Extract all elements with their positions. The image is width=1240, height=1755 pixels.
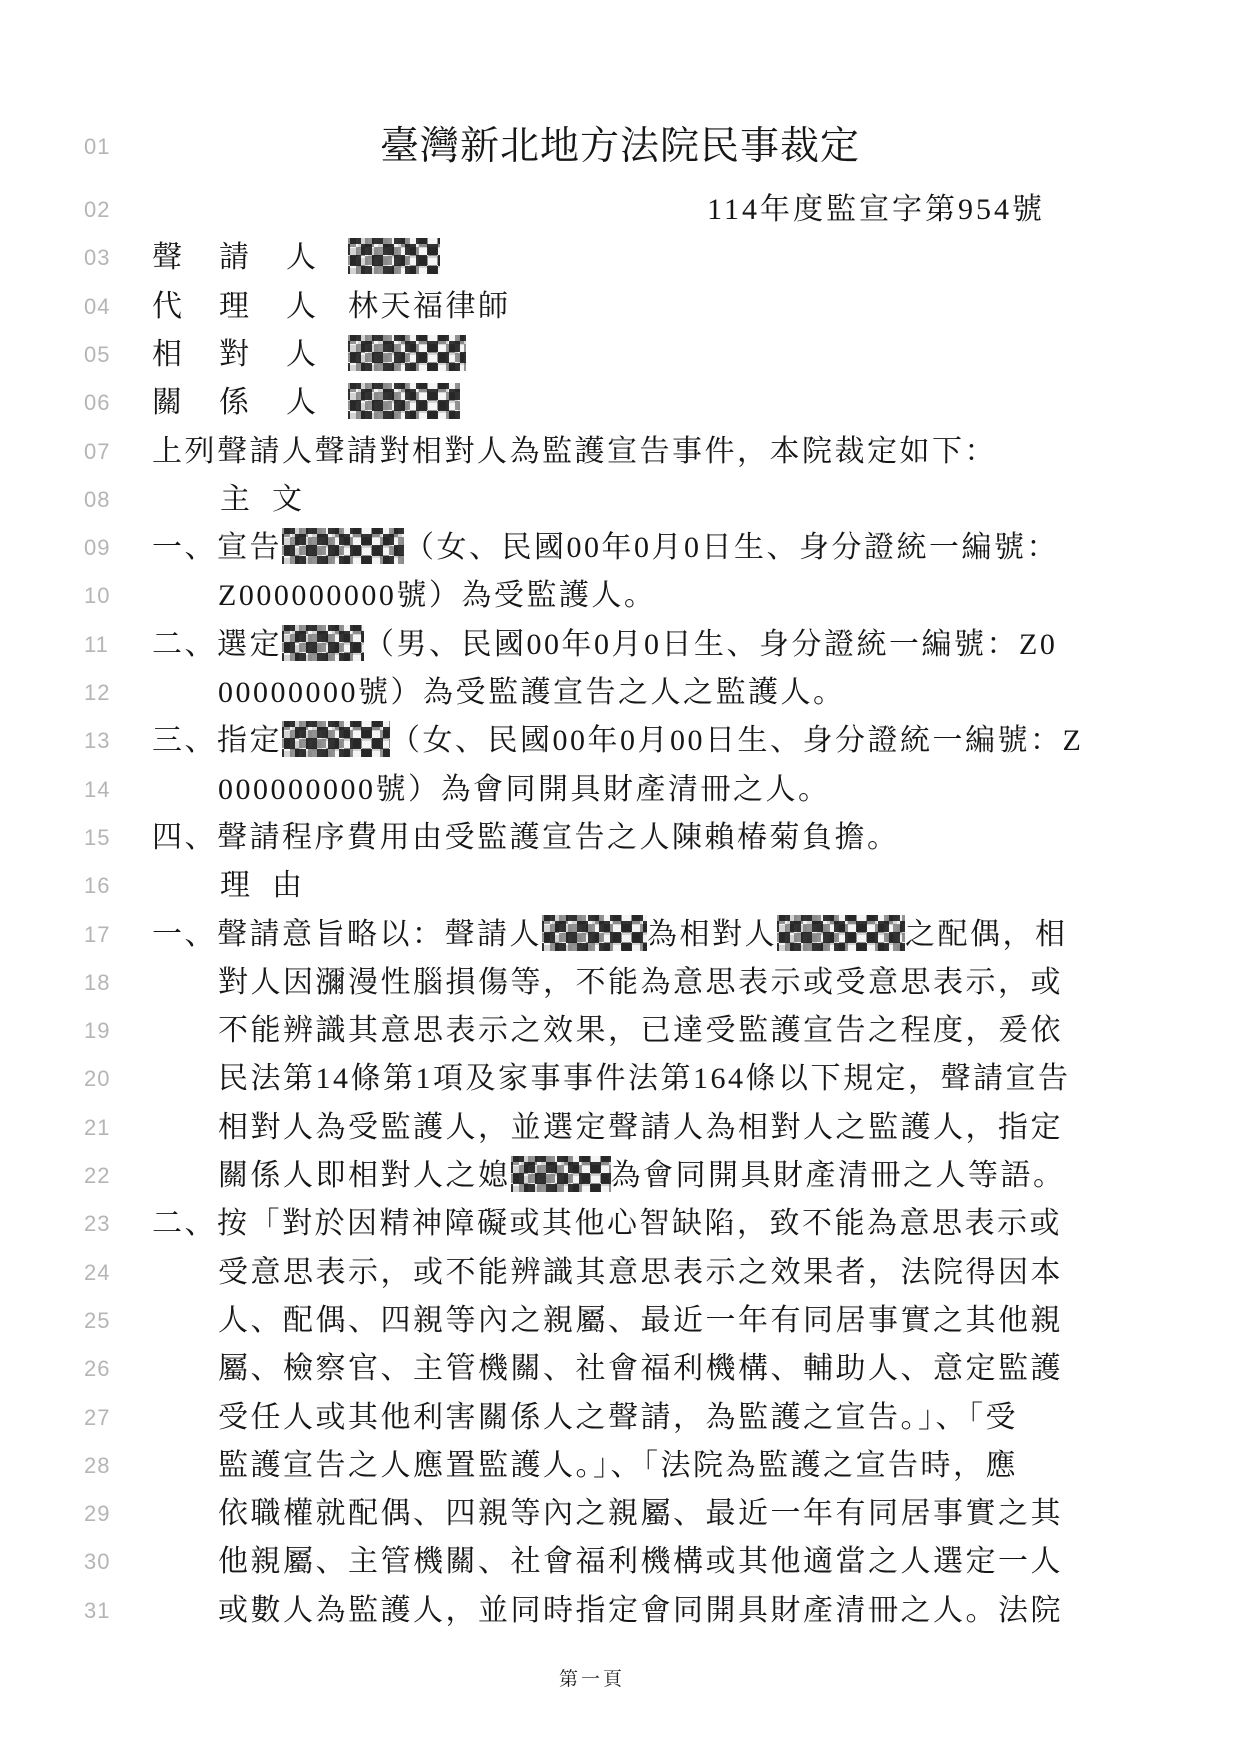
text-segment: 受任人或其他利害關係人之聲請，為監護之宣告。」、「受 xyxy=(218,1401,1018,1434)
document-title: 臺灣新北地方法院民事裁定 xyxy=(0,123,1240,171)
document-line: 17一、聲請意旨略以：聲請人為相對人之配偶，相 xyxy=(0,911,1240,959)
document-line: 1200000000號）為受監護宣告之人之監護人。 xyxy=(0,669,1240,717)
text-segment: 一、聲請意旨略以：聲請人 xyxy=(152,918,542,951)
line-number: 14 xyxy=(84,766,110,814)
document-line: 18對人因瀰漫性腦損傷等，不能為意思表示或受意思表示，或 xyxy=(0,959,1240,1007)
line-text: 二、按「對於因精神障礙或其他心智缺陷，致不能為意思表示或 xyxy=(152,1200,1062,1248)
redacted-name-block xyxy=(348,335,466,371)
text-segment: 為相對人 xyxy=(647,918,777,951)
document-line: 22關係人即相對人之媳為會同開具財產清冊之人等語。 xyxy=(0,1152,1240,1200)
redacted-name-block xyxy=(282,528,404,564)
line-text: 屬、檢察官、主管機關、社會福利機構、輔助人、意定監護 xyxy=(152,1345,1063,1393)
line-number: 17 xyxy=(84,911,110,959)
line-number: 02 xyxy=(84,186,110,234)
document-line: 06關係人 xyxy=(0,379,1240,427)
line-number: 09 xyxy=(84,524,110,572)
line-number: 31 xyxy=(84,1587,110,1635)
line-text: 受任人或其他利害關係人之聲請，為監護之宣告。」、「受 xyxy=(152,1394,1018,1442)
text-segment: 之配偶，相 xyxy=(905,918,1068,951)
document-line: 20民法第14條第1項及家事事件法第164條以下規定，聲請宣告 xyxy=(0,1055,1240,1103)
document-line: 25人、配偶、四親等內之親屬、最近一年有同居事實之其他親 xyxy=(0,1297,1240,1345)
line-number: 25 xyxy=(84,1297,110,1345)
text-segment: 一、宣告 xyxy=(152,531,282,564)
text-segment: 114年度監宣字第954號 xyxy=(707,193,1045,226)
document-line: 14000000000號）為會同開具財產清冊之人。 xyxy=(0,766,1240,814)
party-label: 相對人 xyxy=(152,331,348,379)
text-segment: 民法第14條第1項及家事事件法第164條以下規定，聲請宣告 xyxy=(218,1062,1071,1095)
document-line: 04代理人林天福律師 xyxy=(0,283,1240,331)
text-segment: 不能辨識其意思表示之效果，已達受監護宣告之程度，爰依 xyxy=(218,1014,1063,1047)
line-text: 民法第14條第1項及家事事件法第164條以下規定，聲請宣告 xyxy=(152,1055,1071,1103)
line-text: 二、選定（男、民國00年0月0日生、身分證統一編號：Z0 xyxy=(152,621,1057,669)
line-text: 他親屬、主管機關、社會福利機構或其他適當之人選定一人 xyxy=(152,1538,1063,1586)
text-segment: 他親屬、主管機關、社會福利機構或其他適當之人選定一人 xyxy=(218,1545,1063,1578)
document-line: 23二、按「對於因精神障礙或其他心智缺陷，致不能為意思表示或 xyxy=(0,1200,1240,1248)
text-segment: 監護宣告之人應置監護人。」、「法院為監護之宣告時，應 xyxy=(218,1449,1018,1482)
document-line: 16理由 xyxy=(0,862,1240,910)
case-number: 114年度監宣字第954號 xyxy=(152,186,1045,234)
party-label: 聲請人 xyxy=(152,234,348,282)
document-line: 11二、選定（男、民國00年0月0日生、身分證統一編號：Z0 xyxy=(0,621,1240,669)
line-text: 聲請人 xyxy=(152,234,440,282)
line-text: 監護宣告之人應置監護人。」、「法院為監護之宣告時，應 xyxy=(152,1442,1018,1490)
line-number: 21 xyxy=(84,1104,110,1152)
document-line: 27受任人或其他利害關係人之聲請，為監護之宣告。」、「受 xyxy=(0,1394,1240,1442)
line-number: 04 xyxy=(84,283,110,331)
text-segment: 二、按「對於因精神障礙或其他心智缺陷，致不能為意思表示或 xyxy=(152,1207,1062,1240)
line-number: 13 xyxy=(84,717,110,765)
line-number: 24 xyxy=(84,1249,110,1297)
document-line: 30他親屬、主管機關、社會福利機構或其他適當之人選定一人 xyxy=(0,1538,1240,1586)
document-line: 05相對人 xyxy=(0,331,1240,379)
document-line: 13三、指定（女、民國00年0月00日生、身分證統一編號：Z xyxy=(0,717,1240,765)
redacted-name-block xyxy=(511,1156,611,1192)
document-line: 02114年度監宣字第954號 xyxy=(0,186,1240,234)
line-number: 30 xyxy=(84,1538,110,1586)
party-name: 林天福律師 xyxy=(348,290,511,323)
line-text: 相對人為受監護人，並選定聲請人為相對人之監護人，指定 xyxy=(152,1104,1063,1152)
document-line: 28監護宣告之人應置監護人。」、「法院為監護之宣告時，應 xyxy=(0,1442,1240,1490)
page-footer: 第一頁 xyxy=(152,1660,1032,1700)
redacted-name-block xyxy=(542,915,647,951)
line-text: 代理人林天福律師 xyxy=(152,283,511,331)
line-text: 關係人即相對人之媳為會同開具財產清冊之人等語。 xyxy=(152,1152,1066,1200)
text-segment: 對人因瀰漫性腦損傷等，不能為意思表示或受意思表示，或 xyxy=(218,966,1063,999)
text-segment: 四、聲請程序費用由受監護宣告之人陳賴椿菊負擔。 xyxy=(152,821,900,854)
line-number: 27 xyxy=(84,1394,110,1442)
line-number: 08 xyxy=(84,476,110,524)
text-segment: 受意思表示，或不能辨識其意思表示之效果者，法院得因本 xyxy=(218,1256,1063,1289)
document-line: 09一、宣告（女、民國00年0月0日生、身分證統一編號： xyxy=(0,524,1240,572)
line-number: 16 xyxy=(84,862,110,910)
document-line: 10Z000000000號）為受監護人。 xyxy=(0,572,1240,620)
line-text: 一、聲請意旨略以：聲請人為相對人之配偶，相 xyxy=(152,911,1068,959)
redacted-name-block xyxy=(282,625,364,661)
document-line: 26屬、檢察官、主管機關、社會福利機構、輔助人、意定監護 xyxy=(0,1345,1240,1393)
text-segment: 關係人即相對人之媳 xyxy=(218,1159,511,1192)
text-segment: 000000000號）為會同開具財產清冊之人。 xyxy=(218,773,831,806)
document-line: 08主文 xyxy=(0,476,1240,524)
text-segment: 依職權就配偶、四親等內之親屬、最近一年有同居事實之其 xyxy=(218,1497,1063,1530)
line-number: 28 xyxy=(84,1442,110,1490)
line-text: 相對人 xyxy=(152,331,466,379)
line-text: Z000000000號）為受監護人。 xyxy=(152,572,656,620)
text-segment: （女、民國00年0月0日生、身分證統一編號： xyxy=(404,531,1059,564)
document-line: 31或數人為監護人，並同時指定會同開具財產清冊之人。法院 xyxy=(0,1587,1240,1635)
text-segment: 00000000號）為受監護宣告之人之監護人。 xyxy=(218,676,846,709)
line-number: 06 xyxy=(84,379,110,427)
text-segment: 人、配偶、四親等內之親屬、最近一年有同居事實之其他親 xyxy=(218,1304,1063,1337)
text-segment: 二、選定 xyxy=(152,628,282,661)
line-number: 15 xyxy=(84,814,110,862)
line-number: 12 xyxy=(84,669,110,717)
line-text: 00000000號）為受監護宣告之人之監護人。 xyxy=(152,669,846,717)
text-segment: 主文 xyxy=(220,483,324,516)
redacted-name-block xyxy=(348,383,460,419)
redacted-name-block xyxy=(777,915,905,951)
text-segment: 或數人為監護人，並同時指定會同開具財產清冊之人。法院 xyxy=(218,1594,1063,1627)
document-line: 24受意思表示，或不能辨識其意思表示之效果者，法院得因本 xyxy=(0,1249,1240,1297)
text-segment: （女、民國00年0月00日生、身分證統一編號：Z xyxy=(390,724,1083,757)
document-line: 15四、聲請程序費用由受監護宣告之人陳賴椿菊負擔。 xyxy=(0,814,1240,862)
document-line: 01臺灣新北地方法院民事裁定 xyxy=(0,123,1240,171)
document-line: 21相對人為受監護人，並選定聲請人為相對人之監護人，指定 xyxy=(0,1104,1240,1152)
section-heading: 理由 xyxy=(152,862,324,910)
line-text: 或數人為監護人，並同時指定會同開具財產清冊之人。法院 xyxy=(152,1587,1063,1635)
party-label: 關係人 xyxy=(152,379,348,427)
text-segment: 上列聲請人聲請對相對人為監護宣告事件，本院裁定如下： xyxy=(152,435,997,468)
line-number: 19 xyxy=(84,1007,110,1055)
text-segment: 臺灣新北地方法院民事裁定 xyxy=(380,125,860,168)
line-number: 26 xyxy=(84,1345,110,1393)
line-text: 一、宣告（女、民國00年0月0日生、身分證統一編號： xyxy=(152,524,1059,572)
document-line: 07上列聲請人聲請對相對人為監護宣告事件，本院裁定如下： xyxy=(0,428,1240,476)
document-line: 19不能辨識其意思表示之效果，已達受監護宣告之程度，爰依 xyxy=(0,1007,1240,1055)
document-line: 29依職權就配偶、四親等內之親屬、最近一年有同居事實之其 xyxy=(0,1490,1240,1538)
text-segment: （男、民國00年0月0日生、身分證統一編號：Z0 xyxy=(364,628,1057,661)
line-number: 29 xyxy=(84,1490,110,1538)
line-text: 依職權就配偶、四親等內之親屬、最近一年有同居事實之其 xyxy=(152,1490,1063,1538)
line-text: 受意思表示，或不能辨識其意思表示之效果者，法院得因本 xyxy=(152,1249,1063,1297)
line-text: 三、指定（女、民國00年0月00日生、身分證統一編號：Z xyxy=(152,717,1083,765)
section-heading: 主文 xyxy=(152,476,324,524)
line-number: 20 xyxy=(84,1055,110,1103)
line-number: 05 xyxy=(84,331,110,379)
text-segment: 三、指定 xyxy=(152,724,282,757)
line-text: 關係人 xyxy=(152,379,460,427)
redacted-name-block xyxy=(348,238,440,274)
text-segment: 相對人為受監護人，並選定聲請人為相對人之監護人，指定 xyxy=(218,1111,1063,1144)
text-segment: Z000000000號）為受監護人。 xyxy=(218,579,656,612)
party-label: 代理人 xyxy=(152,283,348,331)
line-text: 對人因瀰漫性腦損傷等，不能為意思表示或受意思表示，或 xyxy=(152,959,1063,1007)
line-number: 10 xyxy=(84,572,110,620)
redacted-name-block xyxy=(282,721,390,757)
document-line: 03聲請人 xyxy=(0,234,1240,282)
line-number: 23 xyxy=(84,1200,110,1248)
line-number: 07 xyxy=(84,428,110,476)
text-segment: 理由 xyxy=(220,869,324,902)
text-segment: 為會同開具財產清冊之人等語。 xyxy=(611,1159,1066,1192)
line-number: 11 xyxy=(84,621,109,669)
line-number: 18 xyxy=(84,959,110,1007)
court-ruling-page: 01臺灣新北地方法院民事裁定02114年度監宣字第954號03聲請人04代理人林… xyxy=(0,0,1240,1755)
text-segment: 屬、檢察官、主管機關、社會福利機構、輔助人、意定監護 xyxy=(218,1352,1063,1385)
line-text: 上列聲請人聲請對相對人為監護宣告事件，本院裁定如下： xyxy=(152,428,997,476)
line-text: 人、配偶、四親等內之親屬、最近一年有同居事實之其他親 xyxy=(152,1297,1063,1345)
line-text: 四、聲請程序費用由受監護宣告之人陳賴椿菊負擔。 xyxy=(152,814,900,862)
line-text: 不能辨識其意思表示之效果，已達受監護宣告之程度，爰依 xyxy=(152,1007,1063,1055)
line-number: 03 xyxy=(84,234,110,282)
line-text: 000000000號）為會同開具財產清冊之人。 xyxy=(152,766,831,814)
line-number: 22 xyxy=(84,1152,110,1200)
